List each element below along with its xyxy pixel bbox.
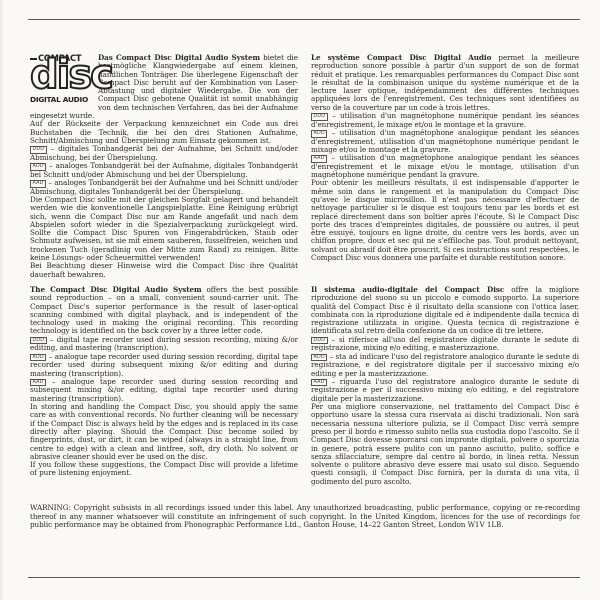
german-add: ADD – analoges Tonbandgerät bei der Aufn… <box>30 162 298 179</box>
italian-intro: Il sistema audio-digitale del Compact Di… <box>311 286 579 336</box>
compact-disc-digital-audio-logo: COMPACT disc DIGITAL AUDIO <box>30 54 92 107</box>
german-care: Die Compact Disc sollte mit der gleichen… <box>30 196 298 262</box>
french-aad: AAD – utilisation d'un magnétophone anal… <box>311 154 579 179</box>
booklet-page: COMPACT disc DIGITAL AUDIO Das Compact D… <box>0 0 600 600</box>
italian-aad: AAD – riguarda l'uso del registratore an… <box>311 378 579 403</box>
german-code-intro: Auf der Rückseite der Verpackung kennzei… <box>30 120 298 145</box>
italian-ddd: DDD – si riferisce all'uso del registrat… <box>311 336 579 353</box>
german-ddd: DDD – digitales Tonbandgerät bei der Auf… <box>30 145 298 162</box>
logo-disc-text: disc <box>30 55 112 95</box>
english-care: In storing and handling the Compact Disc… <box>30 403 298 461</box>
german-section: COMPACT disc DIGITAL AUDIO Das Compact D… <box>30 54 298 279</box>
logo-digital-audio-text: DIGITAL AUDIO <box>30 96 88 104</box>
scan-edge-shadow <box>0 0 5 600</box>
english-aad: AAD – analogue tape recorder used during… <box>30 378 298 403</box>
german-aad: AAD – analoges Tonbandgerät bei der Aufn… <box>30 179 298 196</box>
french-section: Le système Compact Disc Digital Audio pe… <box>311 54 579 262</box>
french-care: Pour obtenir les meilleurs résultats, il… <box>311 179 579 262</box>
english-ddd: DDD – digital tape recorder used during … <box>30 336 298 353</box>
english-add: ADD – analogue tape recorder used during… <box>30 353 298 378</box>
french-ddd: DDD – utilisation d'un magnétophone numé… <box>311 112 579 129</box>
bottom-rule <box>28 577 580 578</box>
english-closing: If you follow these suggestions, the Com… <box>30 461 298 478</box>
copyright-warning: WARNING: Copyright subsists in all recor… <box>30 504 580 529</box>
french-intro: Le système Compact Disc Digital Audio pe… <box>311 54 579 112</box>
italian-section: Il sistema audio-digitale del Compact Di… <box>311 286 579 486</box>
english-section: The Compact Disc Digital Audio System of… <box>30 286 298 478</box>
italian-care: Per una migliore conservazione, nel trat… <box>311 403 579 486</box>
italian-add: ADD – sta ad indicare l'uso del registra… <box>311 353 579 378</box>
english-intro: The Compact Disc Digital Audio System of… <box>30 286 298 336</box>
top-rule <box>28 19 580 20</box>
german-closing: Bei Beachtung dieser Hinweise wird die C… <box>30 262 298 279</box>
french-add: ADD – utilisation d'un magnétophone anal… <box>311 129 579 154</box>
